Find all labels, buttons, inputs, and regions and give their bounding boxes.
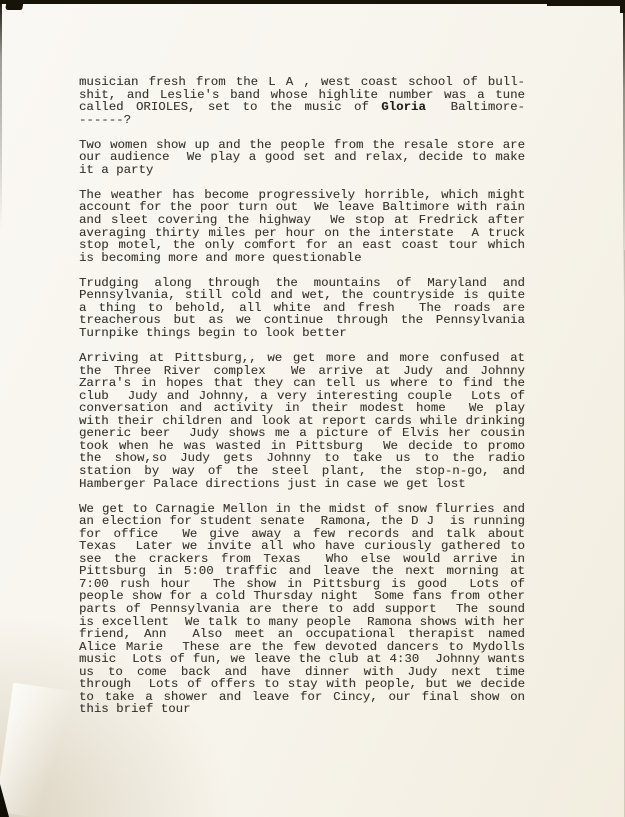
text-line: Turnpike things begin to look better (79, 327, 525, 340)
text-line: Pennsylvania, still cold and wet, the co… (79, 289, 525, 302)
paragraph: Arriving at Pittsburg,, we get more and … (79, 352, 525, 490)
scan-edge-top-notch (5, 0, 24, 10)
text-line: conversation and activity in their modes… (79, 402, 525, 415)
scan-edge-top-right (547, 0, 625, 6)
text-line: stop motel, the only comfort for an east… (79, 239, 525, 252)
paragraph: musician fresh from the L A , west coast… (79, 76, 525, 126)
text-line: is becoming more and more questionable (79, 252, 525, 265)
text-line: parts of Pennsylvania are there to add s… (79, 603, 525, 616)
text-line: generic beer Judy shows me a picture of … (79, 427, 525, 440)
text-line: musician fresh from the L A , west coast… (79, 76, 525, 89)
text-line: ------? (79, 114, 525, 127)
text-line: our audience We play a good set and rela… (79, 151, 525, 164)
text-line: an election for student senate Ramona, t… (79, 515, 525, 528)
text-line: called ORIOLES, set to the music of Glor… (79, 101, 525, 114)
paragraph: The weather has become progressively hor… (79, 189, 525, 264)
text-line: through Lots of offers to stay with peop… (79, 678, 525, 691)
text-line: friend, Ann Also meet an occupational th… (79, 628, 525, 641)
text-line: Zarra's in hopes that they can tell us w… (79, 377, 525, 390)
text-block: musician fresh from the L A , west coast… (79, 76, 525, 716)
scanned-page: musician fresh from the L A , west coast… (0, 0, 625, 817)
bold-word: Gloria (381, 100, 426, 114)
text-line: Texas Later we invite all who have curio… (79, 540, 525, 553)
text-line: and sleet covering the highway We stop a… (79, 214, 525, 227)
text-line: station by way of the steel plant, the s… (79, 465, 525, 478)
paragraph: Two women show up and the people from th… (79, 139, 525, 177)
text-line: Pittsburg in 5:00 traffic and leave the … (79, 565, 525, 578)
text-line: music Lots of fun, we leave the club at … (79, 653, 525, 666)
text-line: this brief tour (79, 703, 525, 716)
paragraph: We get to Carnagie Mellon in the midst o… (79, 503, 525, 716)
text-line: Arriving at Pittsburg,, we get more and … (79, 352, 525, 365)
scan-edge-top (0, 0, 625, 4)
paragraph: Trudging along through the mountains of … (79, 277, 525, 340)
scan-edge-left (0, 0, 2, 230)
text-line: Hamberger Palace directions just in case… (79, 478, 525, 491)
text-line: it a party (79, 164, 525, 177)
